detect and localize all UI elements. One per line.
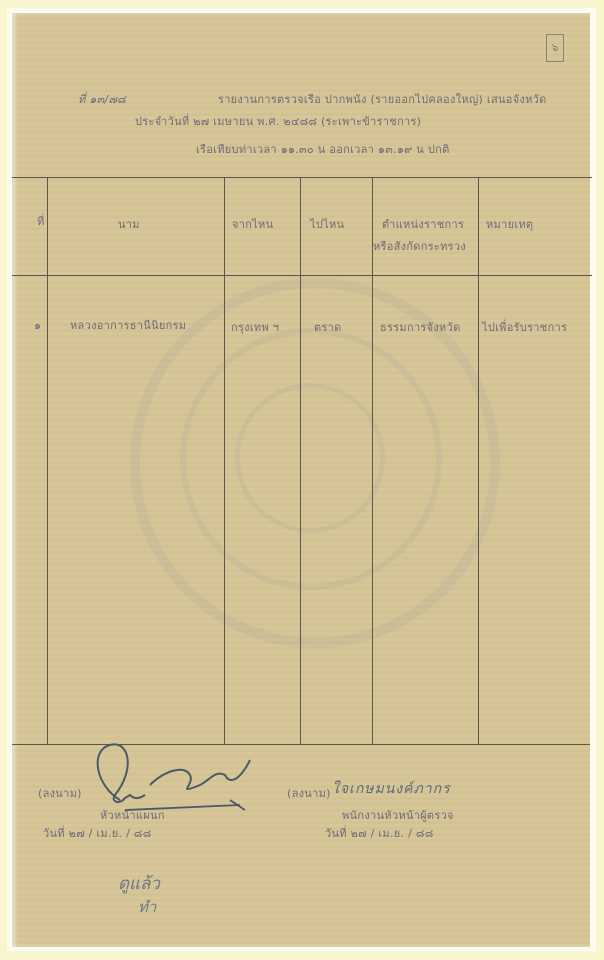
- reference-number: ที่ ๑๓/๗๘: [78, 90, 126, 108]
- row-1-to: ตราด: [314, 318, 342, 336]
- column-divider-2: [224, 177, 225, 744]
- right-signature: ใจเกษมนงค์ภากร: [332, 778, 451, 800]
- column-header-remark: หมายเหตุ: [486, 215, 533, 233]
- annotation-initial: ทำ: [138, 895, 156, 919]
- right-sign-date: วันที่ ๒๗ / เม.ย. / ๘๘: [325, 824, 434, 842]
- column-header-position-line1: ตำแหน่งราชการ: [382, 215, 464, 233]
- table-header-bottom-border: [12, 275, 592, 276]
- report-date: ประจำวันที่ ๒๗ เมษายน พ.ศ. ๒๔๘๘ (ระเพาะข…: [135, 112, 421, 130]
- report-time: เรือเทียบท่าเวลา ๑๑.๓๐ น ออกเวลา ๑๓.๑๙ น…: [196, 140, 450, 158]
- left-sign-label: (ลงนาม): [38, 784, 82, 802]
- column-divider-4: [372, 177, 373, 744]
- column-divider-1: [47, 177, 48, 744]
- column-header-name: นาม: [118, 215, 140, 233]
- column-header-position-line2: หรือสังกัดกระทรวง: [373, 237, 466, 255]
- row-1-remark: ไปเพื่อรับราชการ: [482, 318, 567, 336]
- row-1-position: ธรรมการจังหวัด: [380, 318, 461, 336]
- watermark-seal-core: [235, 383, 385, 533]
- right-sign-label: (ลงนาม): [287, 784, 331, 802]
- page-number: ๖: [546, 34, 564, 62]
- row-1-no: ๑: [34, 316, 41, 334]
- column-header-from: จากไหน: [232, 215, 273, 233]
- report-title: รายงานการตรวจเรือ ปากพนัง (รายออกไปคลองใ…: [218, 90, 547, 108]
- column-header-no: ที่: [37, 212, 45, 230]
- right-signer-title: พนักงานหัวหน้าผู้ตรวจ: [342, 806, 454, 824]
- column-divider-3: [300, 177, 301, 744]
- row-1-name: หลวงอาการธานีนิยกรม: [70, 316, 186, 334]
- annotation-seen: ดูแล้ว: [118, 870, 160, 897]
- left-signer-title: หัวหน้าแผนก: [100, 806, 165, 824]
- row-1-from: กรุงเทพ ฯ: [231, 318, 279, 336]
- left-sign-date: วันที่ ๒๗ / เม.ย. / ๘๘: [43, 824, 152, 842]
- column-divider-5: [478, 177, 479, 744]
- table-top-border: [12, 177, 592, 178]
- column-header-to: ไปไหน: [310, 215, 344, 233]
